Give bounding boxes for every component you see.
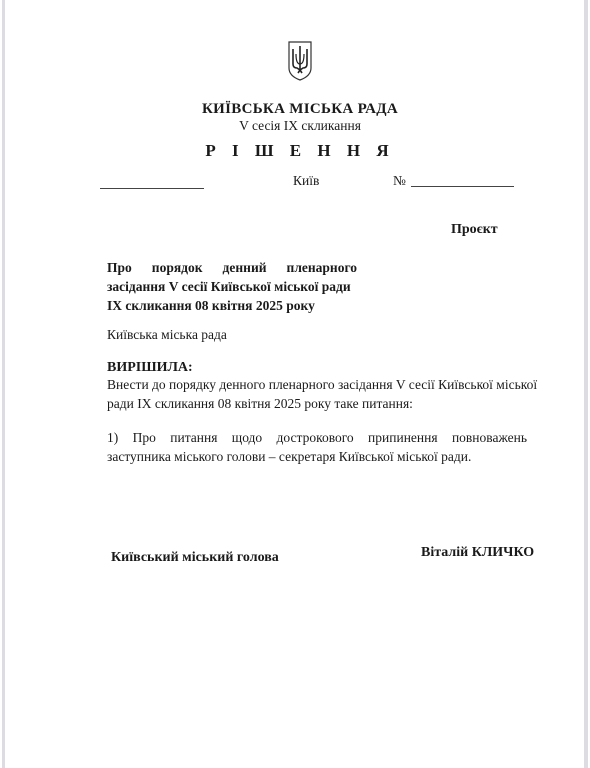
agenda-item-1-line-2: заступника міського голови – секретаря К… xyxy=(107,449,471,465)
subject-line-3: IX скликання 08 квітня 2025 року xyxy=(107,296,357,315)
resolved-heading: ВИРІШИЛА: xyxy=(107,360,193,376)
council-heading: КИЇВСЬКА МІСЬКА РАДА xyxy=(0,101,590,118)
council-name: Київська міська рада xyxy=(107,327,227,343)
signatory-title: Київський міський голова xyxy=(111,550,279,566)
number-sign: № xyxy=(393,173,406,189)
session-subheading: V сесія IX скликання xyxy=(0,118,590,134)
subject-line-1: Про порядок денний пленарного xyxy=(107,258,357,277)
signatory-name: Віталій КЛИЧКО xyxy=(421,545,534,561)
number-blank-line xyxy=(411,186,514,187)
paragraph-line-2: ради IX скликання 08 квітня 2025 року та… xyxy=(107,396,413,412)
paragraph-line-1: Внести до порядку денного пленарного зас… xyxy=(107,377,537,393)
trident-emblem-icon xyxy=(287,40,313,82)
decision-subject: Про порядок денний пленарного засідання … xyxy=(107,258,357,315)
city-label: Київ xyxy=(293,173,319,189)
draft-status-label: Проєкт xyxy=(451,222,498,238)
document-type-title: Р І Ш Е Н Н Я xyxy=(0,141,590,161)
subject-line-2: засідання V сесії Київської міської ради xyxy=(107,277,357,296)
date-blank-line xyxy=(100,188,204,189)
agenda-item-1-line-1: 1) Про питання щодо дострокового припине… xyxy=(107,430,527,446)
